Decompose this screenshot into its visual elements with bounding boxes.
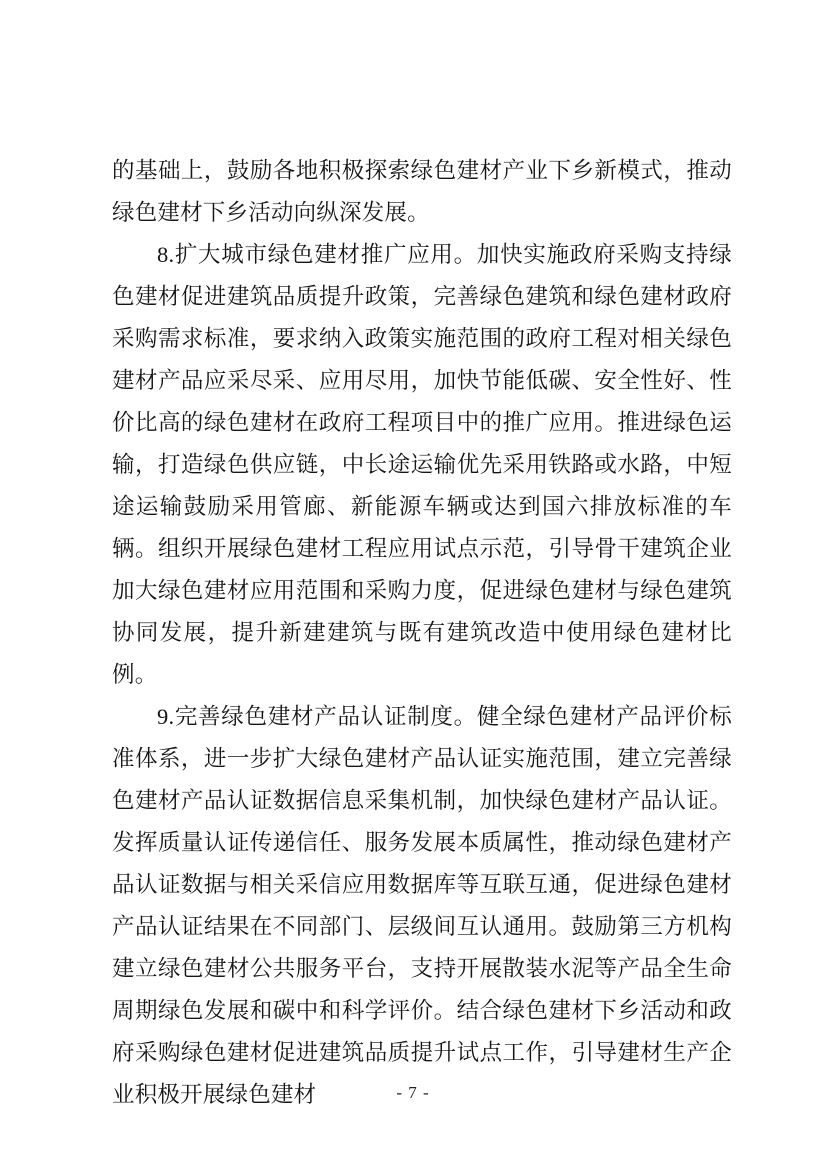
document-body: 的基础上，鼓励各地积极探索绿色建材产业下乡新模式，推动绿色建材下乡活动向纵深发展… [112,150,732,1116]
paragraph-item-8: 8.扩大城市绿色建材推广应用。加快实施政府采购支持绿色建材促进建筑品质提升政策，… [112,234,732,696]
document-page: 的基础上，鼓励各地积极探索绿色建材产业下乡新模式，推动绿色建材下乡活动向纵深发展… [0,0,826,1169]
page-footer: - 7 - [0,1080,826,1106]
paragraph-continuation: 的基础上，鼓励各地积极探索绿色建材产业下乡新模式，推动绿色建材下乡活动向纵深发展… [112,150,732,234]
page-number: - 7 - [396,1083,429,1102]
paragraph-item-9: 9.完善绿色建材产品认证制度。健全绿色建材产品评价标准体系，进一步扩大绿色建材产… [112,696,732,1116]
